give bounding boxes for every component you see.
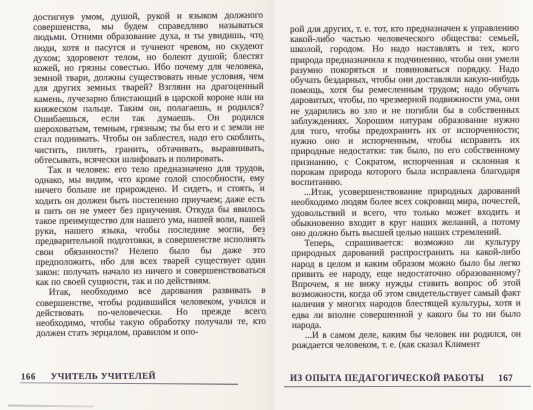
scan-speck [264,313,267,315]
scan-speck [258,183,261,185]
left-running-title: УЧИТЕЛЬ УЧИТЕЛЕЙ [51,371,156,382]
body-paragraph: ...Итак, усовершенствование природных да… [291,187,520,239]
body-paragraph: Итак, необходимо все дарования развивать… [36,286,266,339]
scan-speck [258,271,260,273]
body-paragraph: достигнув умом, душой, рукой и языком до… [33,11,264,166]
scan-speck [261,38,264,40]
footer-rule-left [20,382,238,385]
right-page-footer: ИЗ ОПЫТА ПЕДАГОГИЧЕСКОЙ РАБОТЫ 167 [290,373,519,383]
footer-rule-right [284,385,531,387]
right-page-number: 167 [498,373,513,383]
scan-speck [263,140,265,142]
left-page-number: 166 [21,371,36,381]
book-spread: достигнув умом, душой, рукой и языком до… [0,0,533,410]
scan-smudge [8,405,94,408]
right-page-text: рой для других, т. е. тот, кто предназна… [290,24,521,365]
left-page-footer: 166 УЧИТЕЛЬ УЧИТЕЛЕЙ [21,371,156,382]
left-page-text: достигнув умом, душой, рукой и языком до… [33,11,266,365]
body-paragraph: рой для других, т. е. тот, кто предназна… [290,24,520,189]
body-paragraph: ...И в самом деле, каким бы человек ни р… [292,330,521,352]
right-running-title: ИЗ ОПЫТА ПЕДАГОГИЧЕСКОЙ РАБОТЫ [290,373,484,383]
body-paragraph: Теперь, спрашивается: возможно ли культу… [291,238,521,331]
scan-speck [259,95,262,97]
body-paragraph: Так и человек: его тело предназначено дл… [34,164,265,289]
scan-speck [262,233,265,235]
